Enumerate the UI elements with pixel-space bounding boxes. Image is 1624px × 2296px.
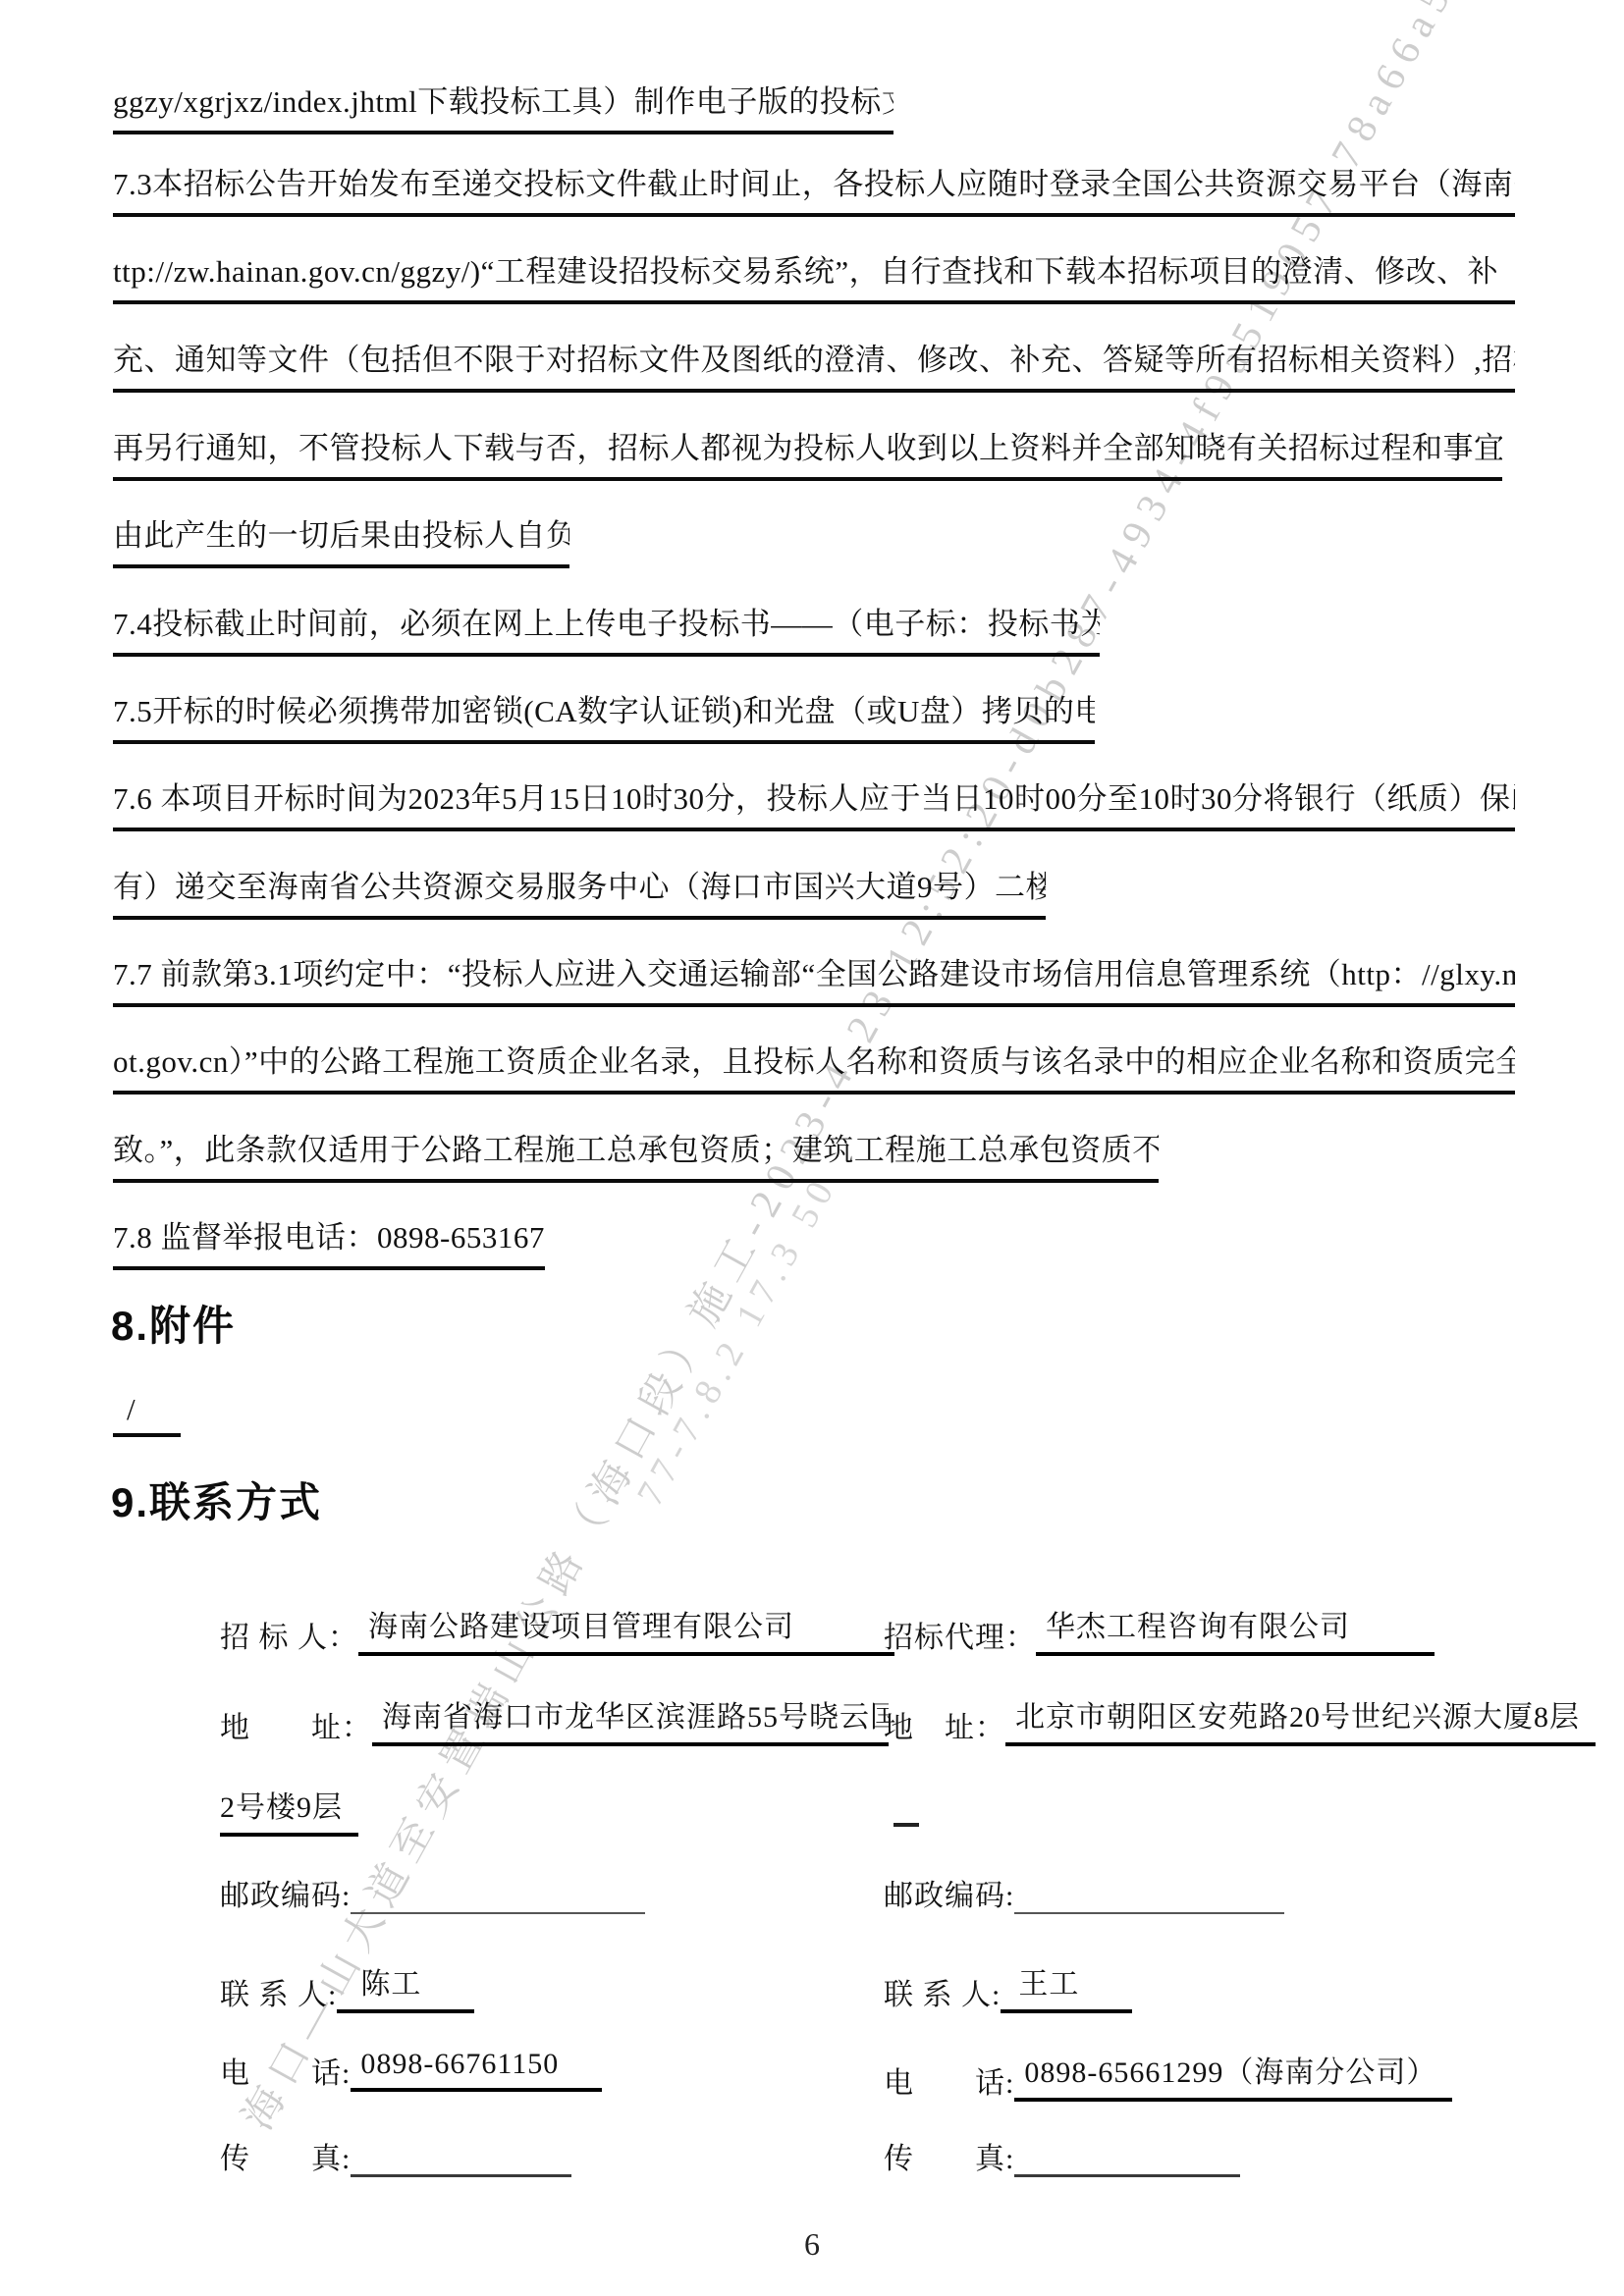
address-cont-value: 2号楼9层 — [220, 1783, 358, 1837]
watermark-line-2: 77-7.8.2 17.3 50 — [628, 1167, 846, 1513]
address-left-value: 海南省海口市龙华区滨涯路55号晓云国际 — [372, 1692, 889, 1746]
body-line-7-3e: 由此产生的一切后果由投标人自负； — [113, 516, 569, 568]
person-right-label: 联 系 人: — [884, 1979, 1001, 2011]
fax-right-blank-line — [1014, 2141, 1240, 2177]
address-right-label: 地 址： — [884, 1712, 1005, 1744]
address-right-value: 北京市朝阳区安苑路20号世纪兴源大厦8层 — [1005, 1692, 1596, 1746]
body-line-7-3d: 再另行通知，不管投标人下载与否，招标人都视为投标人收到以上资料并全部知晓有关招标… — [113, 429, 1502, 481]
section-8-heading: 8.附件 — [111, 1294, 236, 1353]
document-page: 海口—山大道至安置瑞山公路（海口段）施工-2023-4-23 12:52:20-… — [0, 0, 1624, 2296]
phone-right-value: 0898-65661299（海南分公司） — [1014, 2048, 1452, 2102]
body-line-intro: ggzy/xgrjxz/index.jhtml下载投标工具）制作电子版的投标文件… — [113, 82, 893, 134]
person-left-label: 联 系 人: — [220, 1979, 337, 2011]
body-line-7-7a: 7.7 前款第3.1项约定中：“投标人应进入交通运输部“全国公路建设市场信用信息… — [113, 955, 1515, 1007]
contact-row-fax-right: 传 真: — [850, 2101, 1240, 2211]
body-line-7-4: 7.4投标截止时间前，必须在网上上传电子投标书——（电子标：投标书为GTBS格式… — [113, 605, 1100, 657]
body-line-7-7c: 致。”，此条款仅适用于公路工程施工总承包资质；建筑工程施工总承包资质不做要求。 — [113, 1131, 1159, 1183]
bidder-label: 招 标 人： — [220, 1622, 358, 1654]
fax-right-label: 传 真: — [884, 2143, 1014, 2175]
phone-left-value: 0898-66761150 — [351, 2048, 602, 2092]
page-number: 6 — [0, 2226, 1624, 2263]
phone-right-label: 电 话: — [884, 2067, 1014, 2100]
person-right-value: 王工 — [1001, 1959, 1132, 2013]
postal-left-label: 邮政编码: — [220, 1880, 351, 1912]
person-left-value: 陈工 — [337, 1959, 474, 2013]
bidder-value: 海南公路建设项目管理有限公司 — [358, 1602, 894, 1656]
postal-right-label: 邮政编码: — [884, 1880, 1014, 1912]
body-line-7-5: 7.5开标的时候必须携带加密锁(CA数字认证锁)和光盘（或U盘）拷贝的电子版投标… — [113, 692, 1095, 744]
body-line-7-6a: 7.6 本项目开标时间为2023年5月15日10时30分，投标人应于当日10时0… — [113, 779, 1515, 831]
body-line-7-3b: ttp://zw.hainan.gov.cn/ggzy/)“工程建设招投标交易系… — [113, 252, 1515, 304]
body-line-7-8: 7.8 监督举报电话：0898-65316793。 — [113, 1218, 545, 1270]
fax-left-label: 传 真: — [220, 2143, 351, 2175]
body-line-7-3a: 7.3本招标公告开始发布至递交投标文件截止时间止，各投标人应随时登录全国公共资源… — [113, 165, 1515, 217]
contact-row-address-right: 地 址：北京市朝阳区安苑路20号世纪兴源大厦8层 — [850, 1659, 1596, 1780]
body-line-7-6b: 有）递交至海南省公共资源交易服务中心（海口市国兴大道9号）二楼205开标室。 — [113, 868, 1046, 920]
agent-value: 华杰工程咨询有限公司 — [1036, 1602, 1435, 1656]
contact-row-fax-left: 传 真: — [187, 2101, 571, 2211]
postal-right-blank-line — [1014, 1879, 1284, 1914]
body-line-7-7b: ot.gov.cn）”中的公路工程施工资质企业名录，且投标人名称和资质与该名录中… — [113, 1042, 1515, 1095]
phone-left-label: 电 话: — [220, 2057, 351, 2090]
postal-left-blank-line — [351, 1879, 645, 1914]
agent-label: 招标代理： — [884, 1622, 1036, 1654]
body-line-7-3c: 充、通知等文件（包括但不限于对招标文件及图纸的澄清、修改、补充、答疑等所有招标相… — [113, 341, 1515, 393]
fax-left-blank-line — [351, 2141, 571, 2177]
attachment-value: / — [113, 1392, 181, 1437]
address-left-label: 地 址： — [220, 1712, 372, 1744]
blank-dash-line — [893, 1803, 919, 1827]
section-9-heading: 9.联系方式 — [111, 1470, 322, 1529]
